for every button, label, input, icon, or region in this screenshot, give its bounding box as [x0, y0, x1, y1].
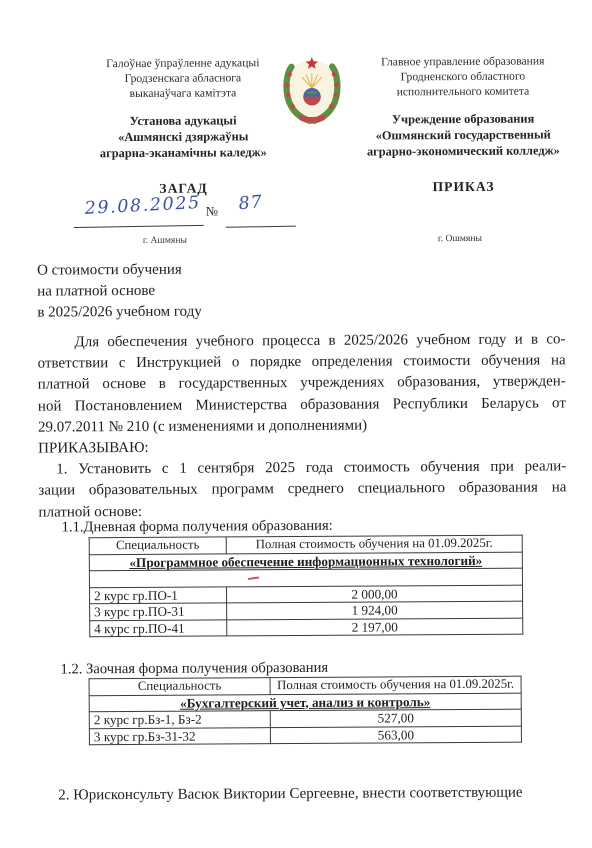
correspondence-form-cost-table: Специальность Полная стоимость обучения …	[89, 676, 522, 746]
date-underline	[74, 225, 204, 228]
cost-cell: 1 924,00	[227, 601, 523, 619]
institution-line: «Ашмянскі дзяржаўны	[62, 128, 304, 146]
col-cost-header: Полная стоимость обучения на 01.09.2025г…	[270, 676, 521, 694]
number-sign: №	[206, 203, 219, 219]
institution-name-right: Учреждение образования «Ошмянский госуда…	[342, 110, 584, 160]
number-underline	[226, 226, 296, 228]
col-specialty-header: Специальность	[89, 537, 226, 554]
order-body: Для обеспечения учебного процесса в 2025…	[37, 329, 566, 523]
org-name-line: Гродзенскага абласнога	[62, 70, 304, 86]
order-subject: О стоимости обучения на платной основе в…	[37, 259, 357, 324]
item1-line: зации образовательных программ среднего …	[38, 478, 566, 502]
table-header-row: Специальность Полная стоимость обучения …	[89, 676, 521, 695]
table-row: 4 курс гр.ПО-41 2 197,00	[90, 618, 523, 637]
belarus-coat-of-arms-icon	[281, 56, 343, 124]
section-1-1-title: 1.1.Дневная форма получения образования:	[62, 518, 333, 537]
institution-line: аграрна-эканамічны каледж»	[62, 144, 304, 162]
doc-type-russian: ПРИКАЗ	[343, 178, 585, 195]
org-name-line: исполнительного комитета	[342, 83, 584, 99]
paragraph-line: платной основе в государственных учрежде…	[38, 372, 566, 396]
group-cell: 4 курс гр.ПО-41	[90, 619, 227, 636]
cost-cell: 2 000,00	[226, 585, 522, 603]
col-cost-header: Полная стоимость обучения на 01.09.2025г…	[226, 535, 522, 553]
subject-line: О стоимости обучения	[37, 259, 357, 282]
group-cell: 3 курс гр.Бз-31-32	[89, 727, 270, 745]
cost-cell: 563,00	[270, 726, 521, 744]
specialty-row: «Программное обеспечение информационных …	[89, 552, 522, 571]
correction-mark	[248, 577, 259, 581]
subject-line: на платной основе	[37, 280, 357, 303]
item2-line: 2. Юрисконсульту Васюк Виктории Сергеевн…	[40, 784, 590, 804]
cost-cell: 2 197,00	[227, 618, 523, 636]
header-right-russian: Главное управление образования Гродненск…	[342, 53, 585, 160]
institution-name-left: Установа адукацыі «Ашмянскі дзяржаўны аг…	[62, 112, 304, 162]
org-name-line: Галоўнае ўпраўленне адукацыі	[62, 55, 304, 71]
specialty-name: «Программное обеспечение информационных …	[89, 552, 522, 571]
institution-line: аграрно-экономический колледж»	[342, 143, 584, 161]
group-cell: 2 курс гр.Бз-1, Бз-2	[89, 711, 270, 729]
col-specialty-header: Специальность	[89, 678, 270, 696]
handwritten-number: 87	[238, 192, 264, 214]
city-russian: г. Ошмяны	[379, 233, 541, 245]
paragraph-line: ной Постановлением Министерства образова…	[38, 393, 566, 417]
institution-line: Установа адукацыі	[62, 112, 304, 130]
scan-tilt-layer: Галоўнае ўпраўленне адукацыі Гродзенскаг…	[0, 0, 592, 848]
org-name-line: Главное управление образования	[342, 53, 584, 69]
table-header-row: Специальность Полная стоимость обучения …	[89, 535, 522, 554]
institution-line: Учреждение образования	[342, 110, 584, 128]
group-cell: 2 курс гр.ПО-1	[89, 586, 226, 603]
table-row: 3 курс гр.Бз-31-32 563,00	[89, 726, 521, 745]
cost-cell: 527,00	[270, 709, 521, 727]
institution-line: «Ошмянский государственный	[342, 126, 584, 144]
group-cell: 3 курс гр.ПО-31	[90, 603, 227, 620]
subject-line: в 2025/2026 учебном году	[37, 301, 357, 324]
header-left-belarusian: Галоўнае ўпраўленне адукацыі Гродзенскаг…	[62, 55, 305, 162]
scanned-order-document: Галоўнае ўпраўленне адукацыі Гродзенскаг…	[0, 0, 592, 848]
org-name-line: Гродненского областного	[342, 68, 584, 84]
city-belarusian: г. Ашмяны	[65, 234, 265, 246]
section-1-2-title: 1.2. Заочная форма получения образования	[60, 660, 328, 679]
org-name-line: выканаўчага камітэта	[62, 85, 304, 101]
day-form-cost-table: Специальность Полная стоимость обучения …	[89, 535, 524, 638]
